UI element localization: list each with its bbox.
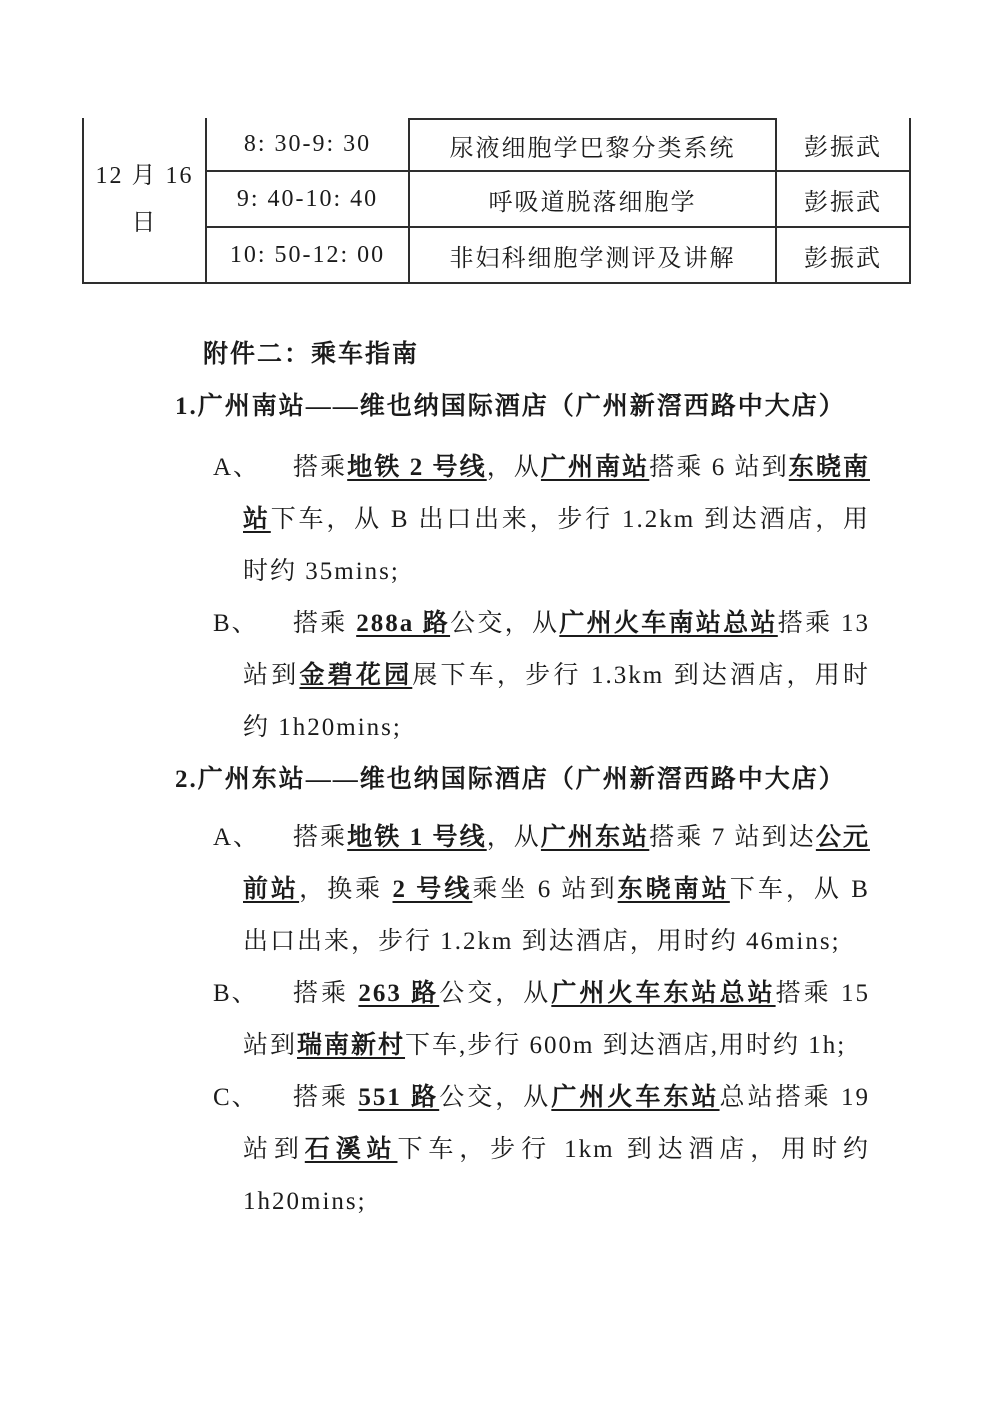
- route-item-text: 搭乘 263 路公交，从广州火车东站总站搭乘 15 站到瑞南新村下车,步行 60…: [243, 968, 870, 1072]
- route-item-text: 搭乘地铁 1 号线，从广州东站搭乘 7 站到达公元前站，换乘 2 号线乘坐 6 …: [243, 812, 870, 968]
- attachment-title: 附件二：乘车指南: [203, 329, 1000, 381]
- course-title: 呼吸道脱落细胞学: [410, 172, 777, 228]
- document-page: 12 月 16 日 8: 30-9: 30 尿液细胞学巴黎分类系统 彭振武 9:…: [0, 0, 1000, 1415]
- course-title: 非妇科细胞学测评及讲解: [410, 228, 777, 282]
- section-2-heading: 2.广州东站——维也纳国际酒店（广州新滘西路中大店）: [175, 754, 1000, 806]
- lecturer-name: 彭振武: [777, 228, 911, 282]
- route-item-1b: B、 搭乘 288a 路公交，从广州火车南站总站搭乘 13 站到金碧花园展下车，…: [243, 598, 870, 754]
- route-item-text: 搭乘 288a 路公交，从广州火车南站总站搭乘 13 站到金碧花园展下车，步行 …: [243, 598, 870, 754]
- course-schedule-table: 12 月 16 日 8: 30-9: 30 尿液细胞学巴黎分类系统 彭振武 9:…: [82, 118, 911, 284]
- section-1-heading: 1.广州南站——维也纳国际酒店（广州新滘西路中大店）: [175, 381, 1000, 433]
- route-item-label: B、: [213, 968, 259, 1020]
- route-item-2a: A、 搭乘地铁 1 号线，从广州东站搭乘 7 站到达公元前站，换乘 2 号线乘坐…: [243, 812, 870, 968]
- route-item-label: B、: [213, 598, 259, 650]
- route-item-text: 搭乘 551 路公交，从广州火车东站总站搭乘 19 站到石溪站下车，步行 1km…: [243, 1072, 870, 1228]
- schedule-time: 10: 50-12: 00: [207, 228, 410, 282]
- route-item-label: A、: [213, 812, 260, 864]
- date-text-line2: 日: [132, 200, 158, 247]
- attachment-content: 附件二：乘车指南 1.广州南站——维也纳国际酒店（广州新滘西路中大店） A、 搭…: [0, 329, 1000, 1228]
- route-item-label: C、: [213, 1072, 259, 1124]
- route-item-label: A、: [213, 442, 260, 494]
- lecturer-name: 彭振武: [777, 118, 911, 172]
- route-item-text: 搭乘地铁 2 号线，从广州南站搭乘 6 站到东晓南站下车，从 B 出口出来，步行…: [243, 442, 870, 598]
- table-cell-date: 12 月 16 日: [82, 118, 207, 282]
- schedule-time: 8: 30-9: 30: [207, 118, 410, 172]
- date-text-line1: 12 月 16: [96, 153, 194, 200]
- schedule-time: 9: 40-10: 40: [207, 172, 410, 228]
- route-item-2b: B、 搭乘 263 路公交，从广州火车东站总站搭乘 15 站到瑞南新村下车,步行…: [243, 968, 870, 1072]
- route-item-1a: A、 搭乘地铁 2 号线，从广州南站搭乘 6 站到东晓南站下车，从 B 出口出来…: [243, 442, 870, 598]
- route-item-2c: C、 搭乘 551 路公交，从广州火车东站总站搭乘 19 站到石溪站下车，步行 …: [243, 1072, 870, 1228]
- lecturer-name: 彭振武: [777, 172, 911, 228]
- course-title: 尿液细胞学巴黎分类系统: [410, 118, 777, 172]
